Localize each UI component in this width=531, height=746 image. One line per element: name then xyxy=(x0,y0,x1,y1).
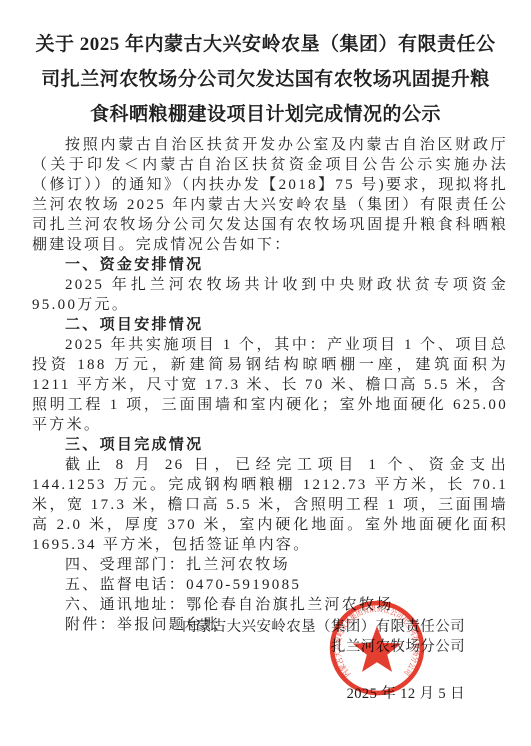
signature-date: 2025 年 12 月 5 日 xyxy=(182,684,465,704)
section-heading-2: 二、项目安排情况 xyxy=(32,315,508,335)
section-6-mailing-address: 六、通讯地址：鄂伦春自治旗扎兰河农牧场 xyxy=(32,595,508,615)
section-4-accepting-department: 四、受理部门：扎兰河农牧场 xyxy=(32,555,508,575)
title-line-3: 食科晒粮棚建设项目计划完成情况的公示 xyxy=(26,97,505,132)
section-2-content: 2025 年共实施项目 1 个，其中：产业项目 1 个、项目总投资 188 万元… xyxy=(32,335,508,435)
section-heading-1: 一、资金安排情况 xyxy=(32,255,508,275)
intro-paragraph: 按照内蒙古自治区扶贫开发办公室及内蒙古自治区财政厅（关于印发＜内蒙古自治区扶贫资… xyxy=(32,135,508,255)
body-paragraphs: 按照内蒙古自治区扶贫开发办公室及内蒙古自治区财政厅（关于印发＜内蒙古自治区扶贫资… xyxy=(32,135,508,635)
section-heading-3: 三、项目完成情况 xyxy=(32,435,508,455)
section-1-content: 2025 年扎兰河农牧场共计收到中央财政状贫专项资金 95.00万元。 xyxy=(32,275,508,315)
section-3-content: 截止 8 月 26 日，已经完工项目 1 个、资金支出 144.1253 万元。… xyxy=(32,455,508,555)
signature-block: 内蒙古大兴安岭农垦（集团）有限责任公司 扎兰河农牧场分公司 2025 年 12 … xyxy=(182,617,465,704)
company-name-line-1: 内蒙古大兴安岭农垦（集团）有限责任公司 xyxy=(182,617,465,637)
title-line-2: 司扎兰河农牧场分公司欠发达国有农牧场巩固提升粮 xyxy=(26,62,505,97)
document-title: 关于 2025 年内蒙古大兴安岭农垦（集团）有限责任公 司扎兰河农牧场分公司欠发… xyxy=(26,27,505,132)
company-name-line-2: 扎兰河农牧场分公司 xyxy=(182,637,465,657)
section-5-supervision-phone: 五、监督电话：0470-5919085 xyxy=(32,575,508,595)
title-line-1: 关于 2025 年内蒙古大兴安岭农垦（集团）有限责任公 xyxy=(26,27,505,62)
document-page: 关于 2025 年内蒙古大兴安岭农垦（集团）有限责任公 司扎兰河农牧场分公司欠发… xyxy=(0,0,531,746)
